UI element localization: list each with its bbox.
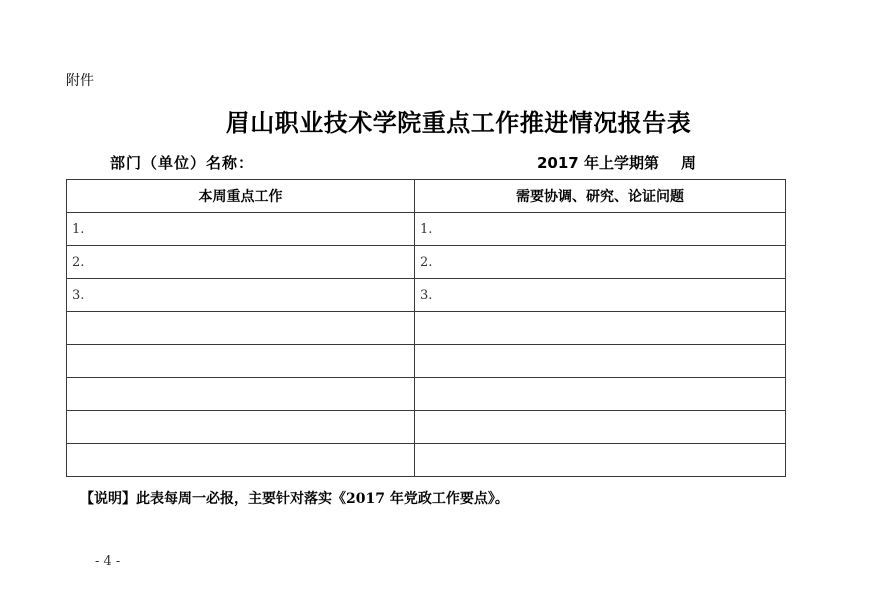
table-cell[interactable]: 3. bbox=[67, 279, 415, 312]
table-cell[interactable]: 3. bbox=[415, 279, 786, 312]
table-cell[interactable] bbox=[415, 411, 786, 444]
table-row bbox=[67, 411, 786, 444]
table-cell[interactable] bbox=[67, 411, 415, 444]
table-row: 2. 2. bbox=[67, 246, 786, 279]
report-table: 本周重点工作 需要协调、研究、论证问题 1. 1. 2. 2. 3. 3. bbox=[66, 179, 786, 477]
term-week-label: 2017 年上学期第周 bbox=[537, 152, 696, 173]
department-name-label: 部门（单位）名称： bbox=[110, 152, 254, 173]
table-row bbox=[67, 345, 786, 378]
table-row: 3. 3. bbox=[67, 279, 786, 312]
table-row bbox=[67, 312, 786, 345]
table-cell[interactable]: 1. bbox=[415, 213, 786, 246]
column-header-issues-to-coordinate: 需要协调、研究、论证问题 bbox=[415, 180, 786, 213]
attachment-label: 附件 bbox=[66, 70, 94, 90]
table-cell[interactable] bbox=[67, 444, 415, 477]
table-cell[interactable] bbox=[67, 345, 415, 378]
table-cell[interactable] bbox=[415, 378, 786, 411]
term-label: 2017 年上学期第 bbox=[537, 154, 659, 172]
page-number: - 4 - bbox=[95, 554, 120, 569]
table-cell[interactable]: 1. bbox=[67, 213, 415, 246]
explanation-note: 【说明】此表每周一必报，主要针对落实《2017 年党政工作要点》。 bbox=[80, 488, 509, 508]
week-label: 周 bbox=[681, 154, 696, 172]
table-row: 1. 1. bbox=[67, 213, 786, 246]
table-cell[interactable] bbox=[415, 312, 786, 345]
table-header-row: 本周重点工作 需要协调、研究、论证问题 bbox=[67, 180, 786, 213]
document-title: 眉山职业技术学院重点工作推进情况报告表 bbox=[0, 103, 871, 138]
table-cell[interactable]: 2. bbox=[67, 246, 415, 279]
table-cell[interactable] bbox=[415, 345, 786, 378]
table-cell[interactable] bbox=[67, 312, 415, 345]
table-row bbox=[67, 444, 786, 477]
table-cell[interactable] bbox=[67, 378, 415, 411]
table-row bbox=[67, 378, 786, 411]
column-header-weekly-key-work: 本周重点工作 bbox=[67, 180, 415, 213]
table-cell[interactable]: 2. bbox=[415, 246, 786, 279]
table-cell[interactable] bbox=[415, 444, 786, 477]
